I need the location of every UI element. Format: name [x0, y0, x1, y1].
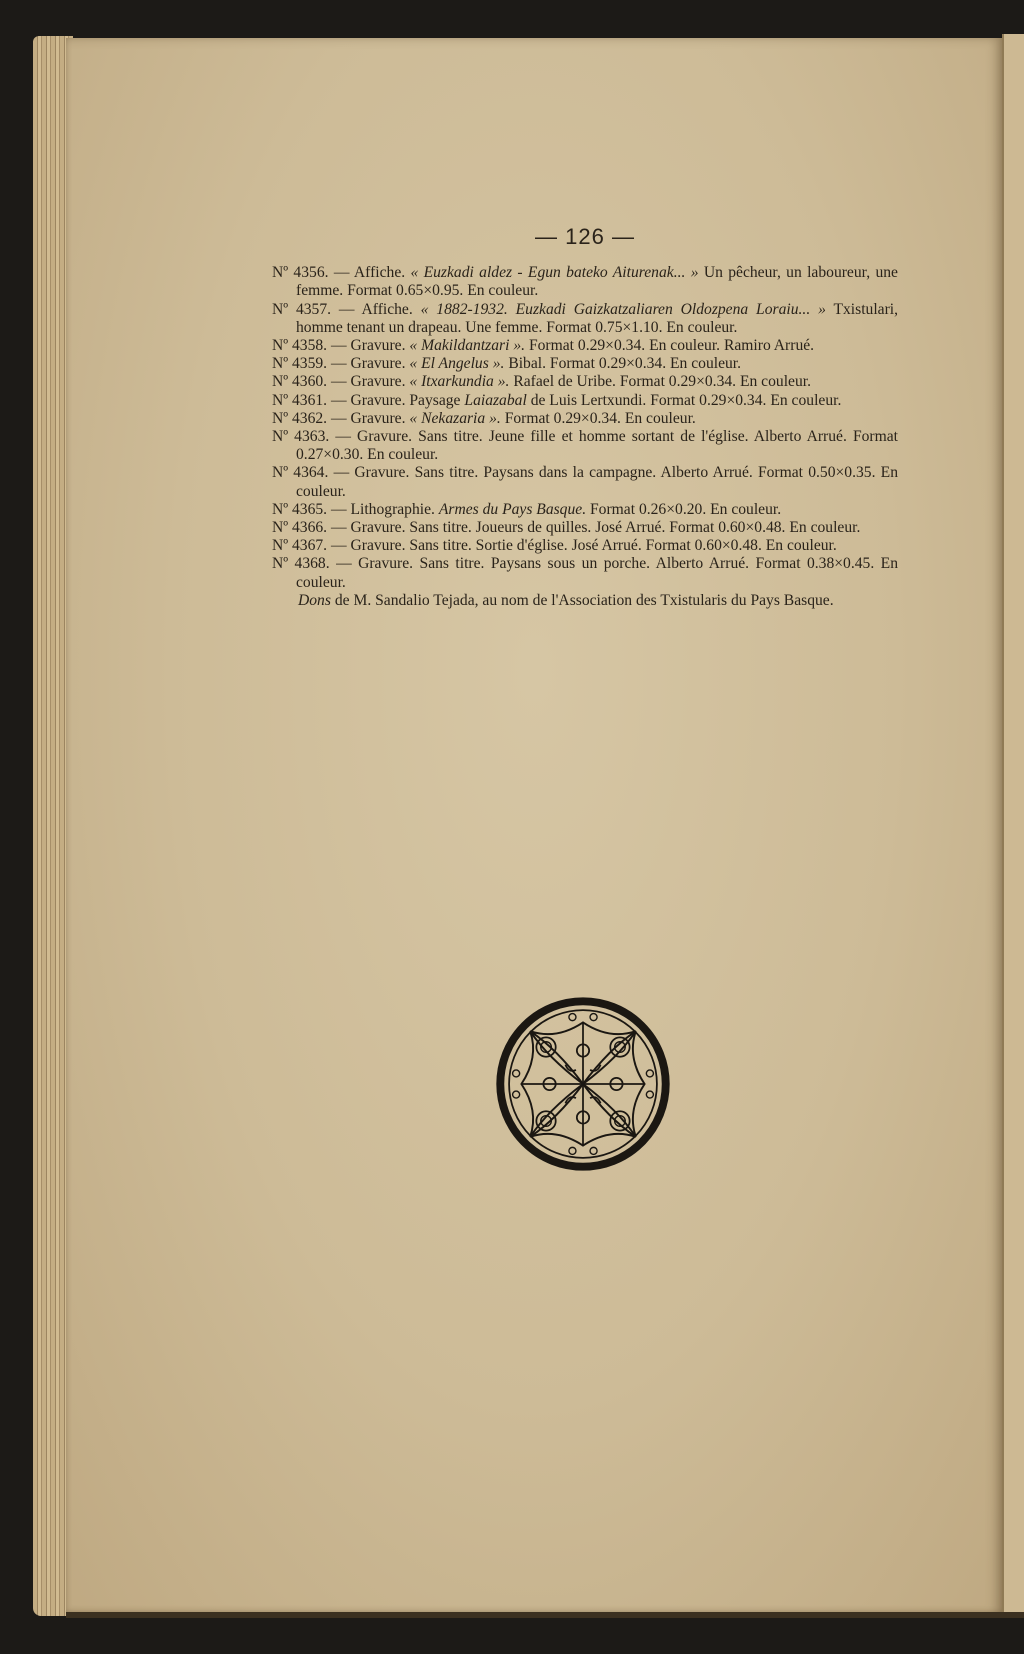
catalog-entry: Nº 4361. — Gravure. Paysage Laiazabal de… — [272, 392, 898, 410]
catalog-entry: Nº 4358. — Gravure. « Makildantzari ». F… — [272, 337, 898, 355]
catalog-entry: Nº 4357. — Affiche. « 1882-1932. Euzkadi… — [272, 301, 898, 337]
catalog-entry: Nº 4363. — Gravure. Sans titre. Jeune fi… — [272, 428, 898, 464]
catalog-entry: Nº 4356. — Affiche. « Euzkadi aldez - Eg… — [272, 264, 898, 300]
donation-note: Dons de M. Sandalio Tejada, au nom de l'… — [272, 592, 898, 610]
catalog-entry: Nº 4368. — Gravure. Sans titre. Paysans … — [272, 555, 898, 591]
next-page-edge — [1002, 34, 1024, 1616]
catalog-entry: Nº 4364. — Gravure. Sans titre. Paysans … — [272, 464, 898, 500]
basque-cross-ornament-icon — [495, 996, 671, 1172]
page-content: — 126 — Nº 4356. — Affiche. « Euzkadi al… — [272, 228, 898, 610]
page-number: — 126 — — [272, 228, 898, 246]
catalog-entry: Nº 4362. — Gravure. « Nekazaria ». Forma… — [272, 410, 898, 428]
catalog-entry: Nº 4360. — Gravure. « Itxarkundia ». Raf… — [272, 373, 898, 391]
catalog-entry: Nº 4359. — Gravure. « El Angelus ». Biba… — [272, 355, 898, 373]
catalog-entry: Nº 4366. — Gravure. Sans titre. Joueurs … — [272, 519, 898, 537]
page-bottom-shadow — [66, 1612, 1024, 1618]
catalog-entry: Nº 4365. — Lithographie. Armes du Pays B… — [272, 501, 898, 519]
catalog-entry: Nº 4367. — Gravure. Sans titre. Sortie d… — [272, 537, 898, 555]
